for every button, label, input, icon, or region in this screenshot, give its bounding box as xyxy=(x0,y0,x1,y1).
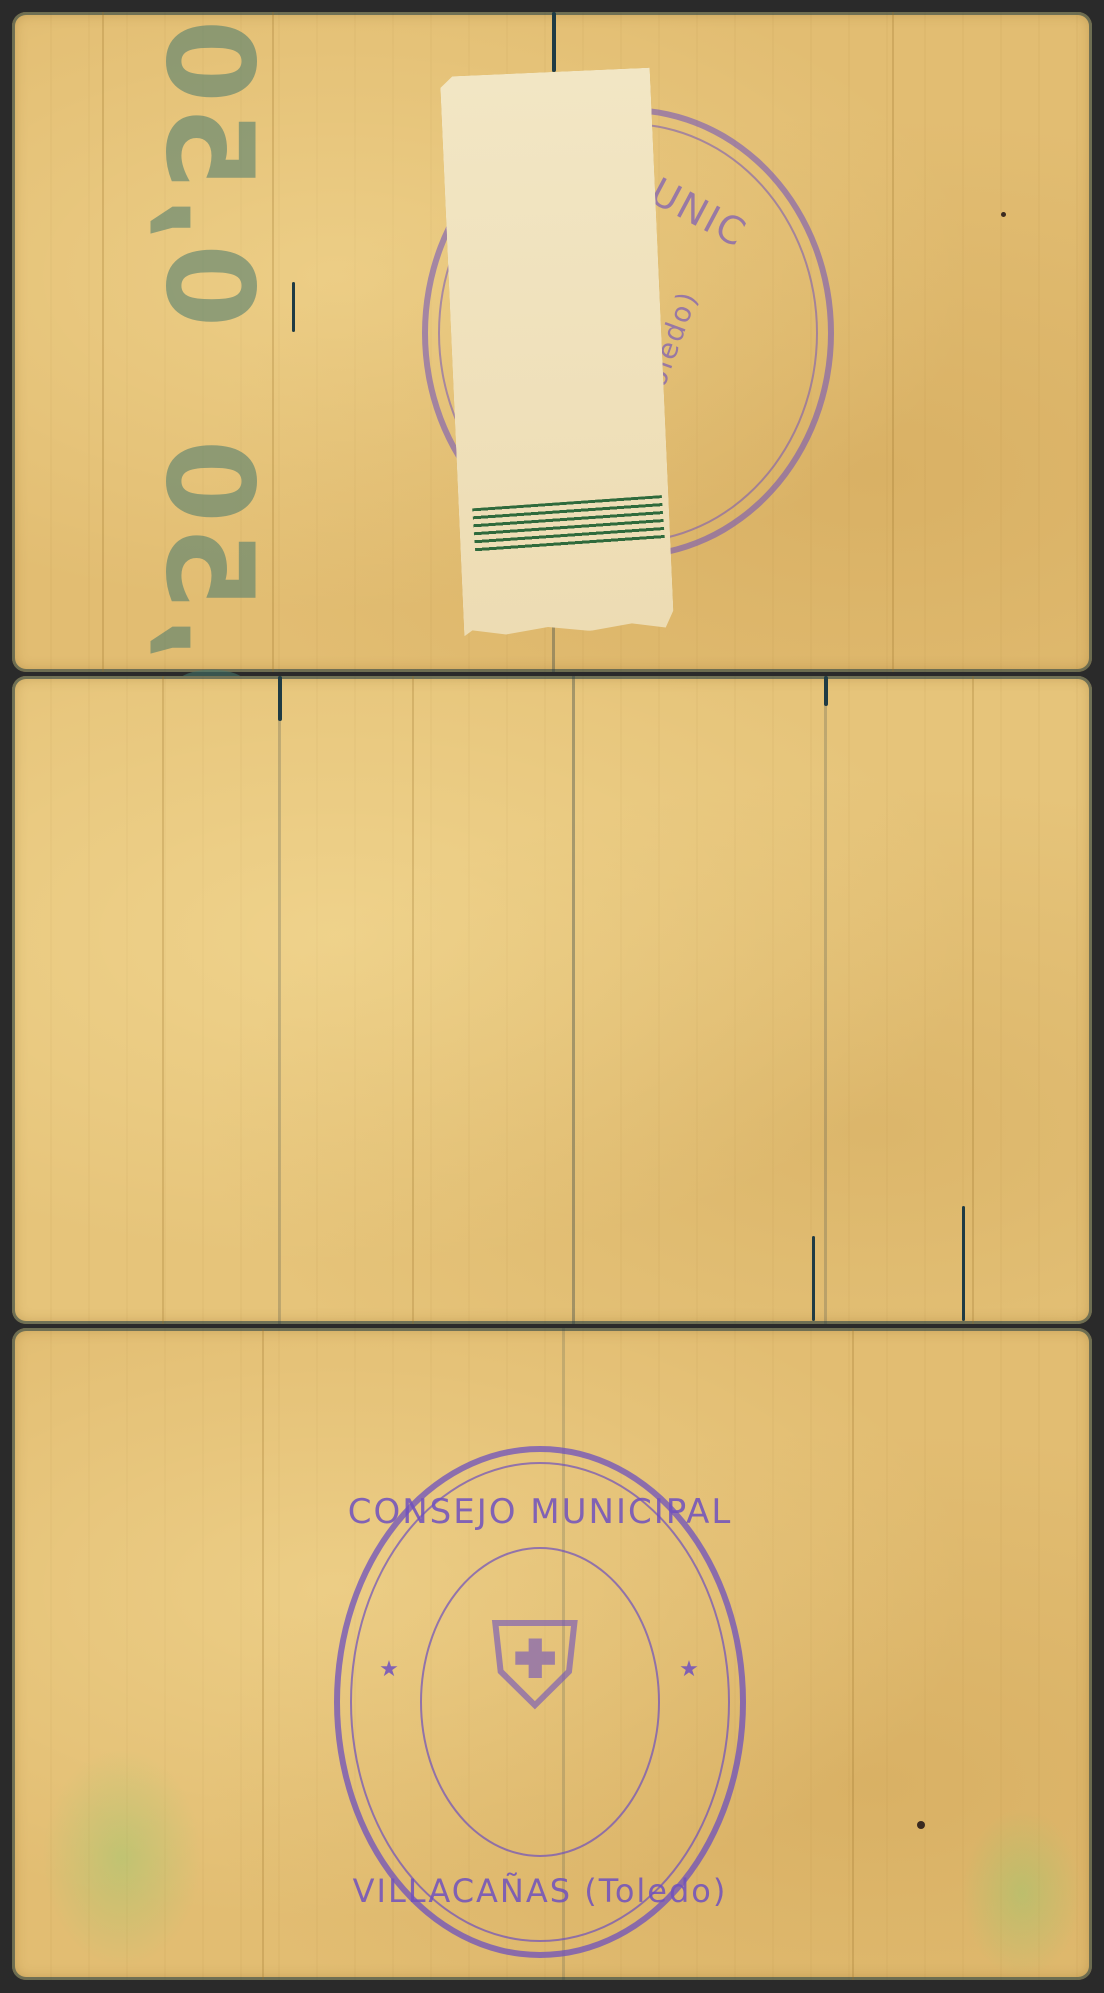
bottom-panel: CONSEJO MUNICIPAL VILLACAÑAS (Toledo) ★ … xyxy=(12,1328,1092,1980)
bottom-stamp: CONSEJO MUNICIPAL VILLACAÑAS (Toledo) ★ … xyxy=(334,1446,746,1958)
stamp-star-left: ★ xyxy=(40,1657,740,1682)
tear-mark xyxy=(812,1236,815,1321)
stamp-top-arc: CONSEJO MUNICIPAL xyxy=(340,1492,740,1532)
spot xyxy=(1001,212,1006,217)
tear-mark xyxy=(824,676,828,706)
banknote: 0,50 0,50 UNIC (Toledo) xyxy=(12,12,1092,1980)
middle-panel xyxy=(12,676,1092,1324)
tape-green-lines xyxy=(472,495,665,552)
crease xyxy=(412,676,414,1324)
tear-mark xyxy=(962,1206,965,1321)
green-tint xyxy=(962,1808,1082,1978)
stamp-star-right: ★ xyxy=(640,1657,740,1682)
spot xyxy=(917,1821,925,1829)
tear-mark xyxy=(552,12,556,72)
vertical-fold xyxy=(824,676,827,1324)
coat-of-arms-icon: ⛨ xyxy=(460,1607,610,1727)
tear-mark xyxy=(292,282,295,332)
crease xyxy=(892,12,894,672)
stamp-bottom-arc: VILLACAÑAS (Toledo) xyxy=(340,1872,740,1910)
green-tint xyxy=(42,1748,202,1968)
tear-mark xyxy=(278,676,282,721)
denomination-bleed-upper: 0,50 xyxy=(139,15,278,327)
vertical-fold xyxy=(278,676,281,1324)
crease xyxy=(162,676,164,1324)
crease xyxy=(262,1328,264,1980)
repair-tape xyxy=(440,68,674,637)
top-panel: 0,50 0,50 UNIC (Toledo) xyxy=(12,12,1092,672)
crease xyxy=(972,676,974,1324)
crease xyxy=(852,1328,854,1980)
crease xyxy=(102,12,104,672)
vertical-fold xyxy=(572,676,575,1324)
